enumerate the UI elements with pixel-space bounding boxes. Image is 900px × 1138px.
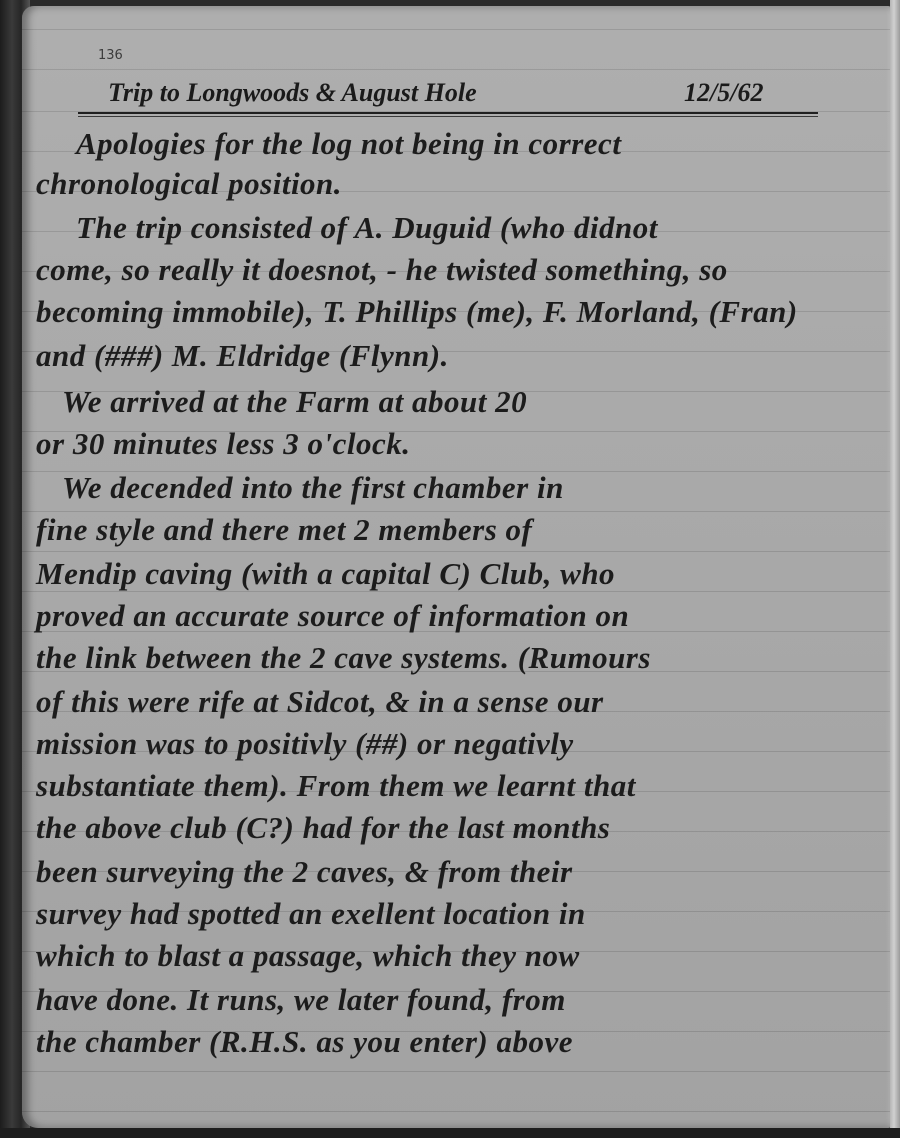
title-underline [78, 112, 818, 114]
handwritten-line: survey had spotted an exellent location … [36, 896, 586, 932]
handwritten-line: chronological position. [36, 166, 342, 202]
handwritten-line: of this were rife at Sidcot, & in a sens… [36, 684, 604, 720]
handwritten-line: We arrived at the Farm at about 20 [62, 384, 527, 420]
handwritten-line: proved an accurate source of information… [36, 598, 629, 634]
handwritten-line: substantiate them). From them we learnt … [36, 768, 636, 804]
handwritten-line: which to blast a passage, which they now [36, 938, 580, 974]
entry-title: Trip to Longwoods & August Hole 12/5/62 [108, 78, 818, 108]
handwritten-line: becoming immobile), T. Phillips (me), F.… [36, 294, 798, 330]
handwritten-line: or 30 minutes less 3 o'clock. [36, 426, 410, 462]
page-number: 136 [98, 48, 123, 63]
page-edge [890, 0, 900, 1138]
handwritten-line: The trip consisted of A. Duguid (who did… [76, 210, 658, 246]
handwritten-line: been surveying the 2 caves, & from their [36, 854, 573, 890]
handwritten-line: Apologies for the log not being in corre… [76, 126, 621, 162]
handwritten-line: have done. It runs, we later found, from [36, 982, 566, 1018]
handwritten-line: the chamber (R.H.S. as you enter) above [36, 1024, 573, 1060]
handwritten-line: We decended into the first chamber in [62, 470, 564, 506]
handwritten-line: fine style and there met 2 members of [36, 512, 532, 548]
entry-title-text: Trip to Longwoods & August Hole [108, 78, 477, 107]
handwritten-line: the link between the 2 cave systems. (Ru… [36, 640, 651, 676]
entry-date: 12/5/62 [684, 78, 763, 108]
notebook-page: 136 Trip to Longwoods & August Hole 12/5… [22, 6, 892, 1128]
handwritten-line: mission was to positivly (##) or negativ… [36, 726, 574, 762]
notebook-bottom-edge [0, 1128, 900, 1138]
handwritten-line: the above club (C?) had for the last mon… [36, 810, 610, 846]
title-underline-double [78, 116, 818, 117]
handwritten-line: and (###) M. Eldridge (Flynn). [36, 338, 449, 374]
handwritten-line: come, so really it doesnot, - he twisted… [36, 252, 728, 288]
handwritten-line: Mendip caving (with a capital C) Club, w… [36, 556, 615, 592]
